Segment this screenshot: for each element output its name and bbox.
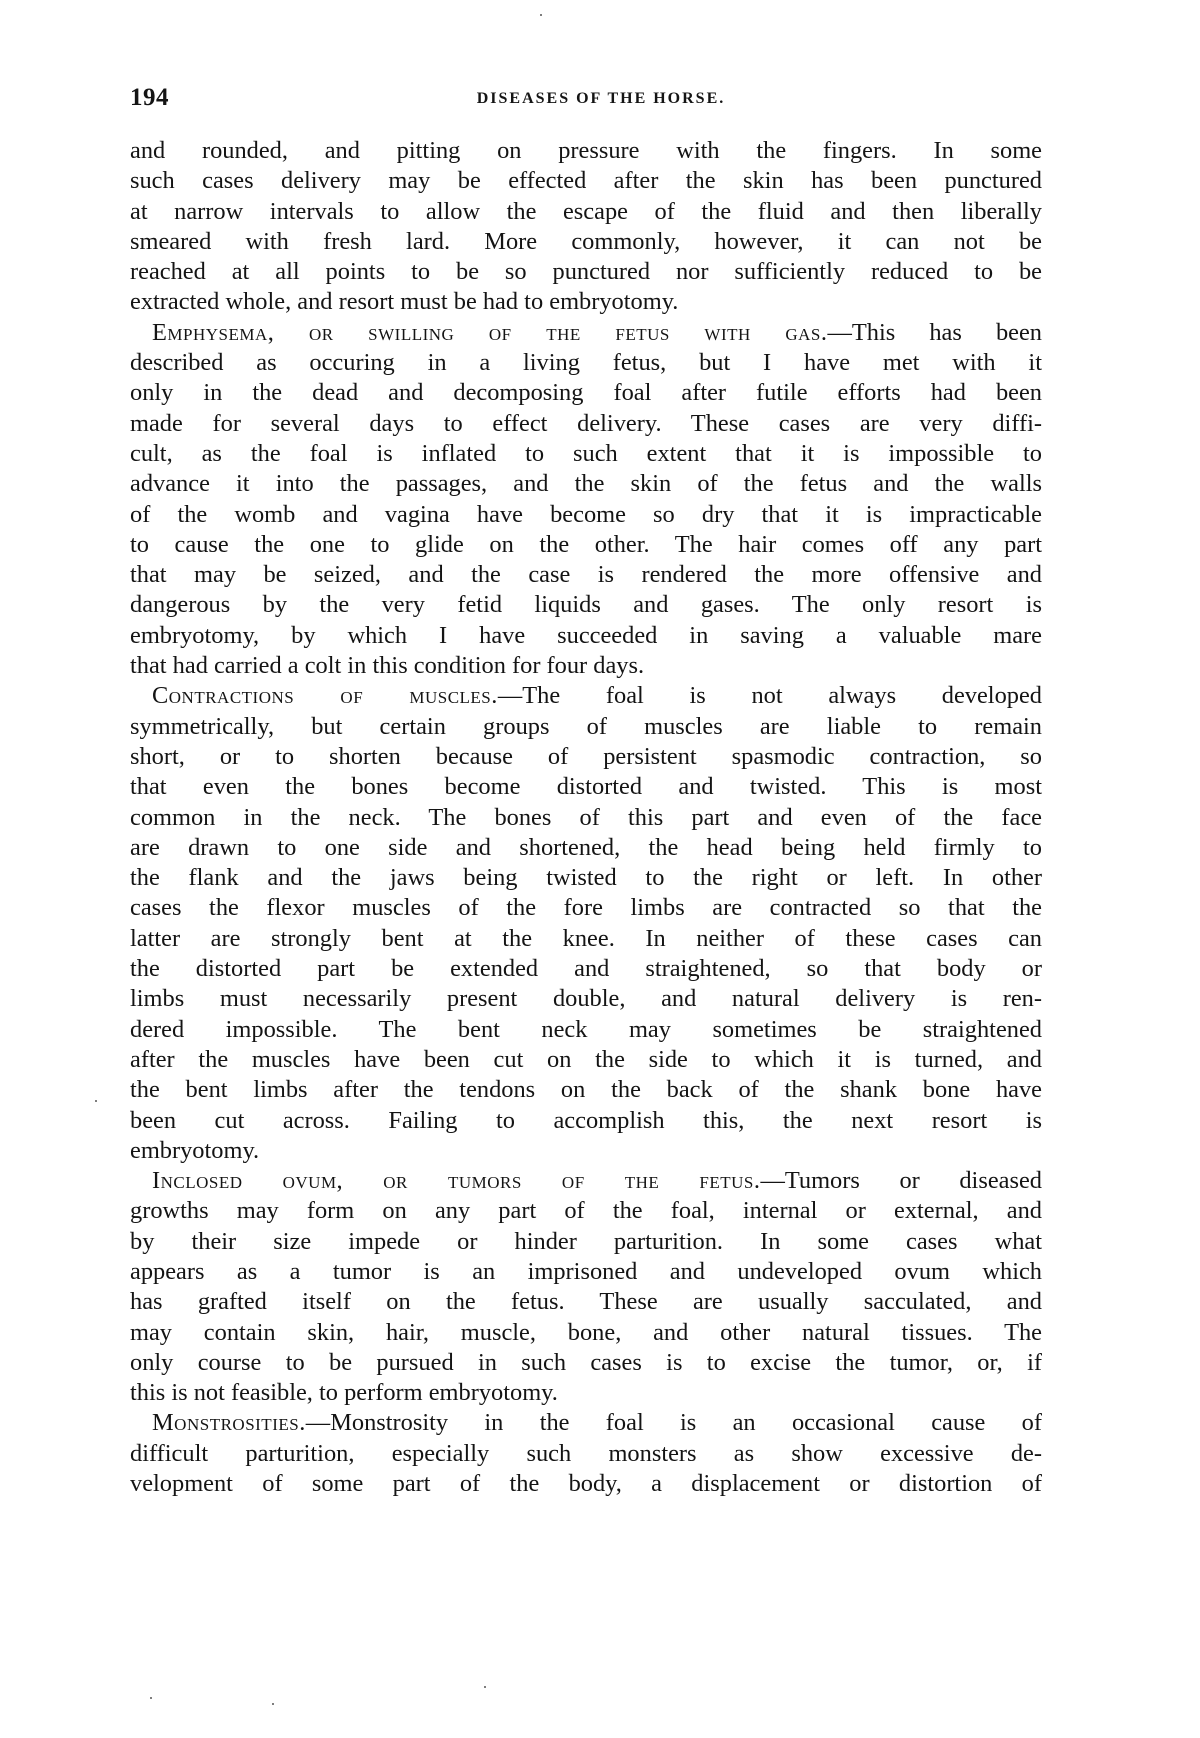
scan-speck: [484, 1686, 486, 1688]
text-line: this is not feasible, to perform embryot…: [130, 1378, 1042, 1408]
text-line: cases the flexor muscles of the fore lim…: [130, 893, 1042, 923]
text-line: that even the bones become distorted and…: [130, 772, 1042, 802]
text-line: symmetrically, but certain groups of mus…: [130, 712, 1042, 742]
text-line: embryotomy, by which I have succeeded in…: [130, 621, 1042, 651]
text-line: embryotomy.: [130, 1136, 1042, 1166]
paragraph-continuation: and rounded, and pitting on pressure wit…: [130, 136, 1042, 318]
text-line: to cause the one to glide on the other. …: [130, 530, 1042, 560]
text-line: reached at all points to be so punctured…: [130, 257, 1042, 287]
text-line: cult, as the foal is inflated to such ex…: [130, 439, 1042, 469]
text-line: of the womb and vagina have become so dr…: [130, 500, 1042, 530]
text-line: Contractions of muscles.—The foal is not…: [130, 681, 1042, 711]
scan-speck: [272, 1703, 274, 1705]
body-text: and rounded, and pitting on pressure wit…: [130, 136, 1042, 1499]
text-run: —The foal is not always developed: [498, 682, 1042, 709]
running-head: 194 DISEASES OF THE HORSE.: [130, 84, 1042, 114]
text-line: and rounded, and pitting on pressure wit…: [130, 136, 1042, 166]
text-line: only course to be pursued in such cases …: [130, 1348, 1042, 1378]
text-line: Monstrosities.—Monstrosity in the foal i…: [130, 1408, 1042, 1438]
text-line: smeared with fresh lard. More commonly, …: [130, 227, 1042, 257]
text-line: difficult parturition, especially such m…: [130, 1439, 1042, 1469]
scan-speck: [540, 14, 542, 16]
text-line: the distorted part be extended and strai…: [130, 954, 1042, 984]
text-line: that may be seized, and the case is rend…: [130, 560, 1042, 590]
section-heading-emphysema: Emphysema, or swilling of the fetus with…: [152, 319, 827, 346]
text-line: may contain skin, hair, muscle, bone, an…: [130, 1318, 1042, 1348]
text-line: are drawn to one side and shortened, the…: [130, 833, 1042, 863]
text-line: at narrow intervals to allow the escape …: [130, 197, 1042, 227]
paragraph-inclosed-ovum: Inclosed ovum, or tumors of the fetus.—T…: [130, 1166, 1042, 1408]
text-line: only in the dead and decomposing foal af…: [130, 378, 1042, 408]
text-line: extracted whole, and resort must be had …: [130, 287, 1042, 317]
text-line: made for several days to effect delivery…: [130, 409, 1042, 439]
scan-speck: [150, 1697, 152, 1699]
text-line: Inclosed ovum, or tumors of the fetus.—T…: [130, 1166, 1042, 1196]
section-heading-contractions: Contractions of muscles.: [152, 682, 498, 709]
text-line: limbs must necessarily present double, a…: [130, 984, 1042, 1014]
text-line: described as occuring in a living fetus,…: [130, 348, 1042, 378]
scan-speck: [95, 1100, 97, 1102]
text-line: the flank and the jaws being twisted to …: [130, 863, 1042, 893]
text-line: by their size impede or hinder parturiti…: [130, 1227, 1042, 1257]
text-line: short, or to shorten because of persiste…: [130, 742, 1042, 772]
text-line: has grafted itself on the fetus. These a…: [130, 1287, 1042, 1317]
text-line: dered impossible. The bent neck may some…: [130, 1015, 1042, 1045]
text-run: —Tumors or diseased: [760, 1167, 1042, 1194]
text-line: common in the neck. The bones of this pa…: [130, 803, 1042, 833]
text-line: velopment of some part of the body, a di…: [130, 1469, 1042, 1499]
text-line: Emphysema, or swilling of the fetus with…: [130, 318, 1042, 348]
paragraph-emphysema: Emphysema, or swilling of the fetus with…: [130, 318, 1042, 682]
section-heading-monstrosities: Monstrosities.: [152, 1409, 306, 1436]
text-line: the bent limbs after the tendons on the …: [130, 1075, 1042, 1105]
text-line: latter are strongly bent at the knee. In…: [130, 924, 1042, 954]
text-line: appears as a tumor is an imprisoned and …: [130, 1257, 1042, 1287]
running-title: DISEASES OF THE HORSE.: [130, 90, 1042, 108]
text-line: advance it into the passages, and the sk…: [130, 469, 1042, 499]
text-run: —Monstrosity in the foal is an occasiona…: [306, 1409, 1042, 1436]
text-line: such cases delivery may be effected afte…: [130, 166, 1042, 196]
text-line: that had carried a colt in this conditio…: [130, 651, 1042, 681]
section-heading-inclosed-ovum: Inclosed ovum, or tumors of the fetus.: [152, 1167, 760, 1194]
text-line: been cut across. Failing to accomplish t…: [130, 1106, 1042, 1136]
paragraph-monstrosities: Monstrosities.—Monstrosity in the foal i…: [130, 1408, 1042, 1499]
text-line: growths may form on any part of the foal…: [130, 1196, 1042, 1226]
text-run: —This has been: [827, 319, 1042, 346]
text-line: after the muscles have been cut on the s…: [130, 1045, 1042, 1075]
paragraph-contractions: Contractions of muscles.—The foal is not…: [130, 681, 1042, 1166]
text-line: dangerous by the very fetid liquids and …: [130, 590, 1042, 620]
